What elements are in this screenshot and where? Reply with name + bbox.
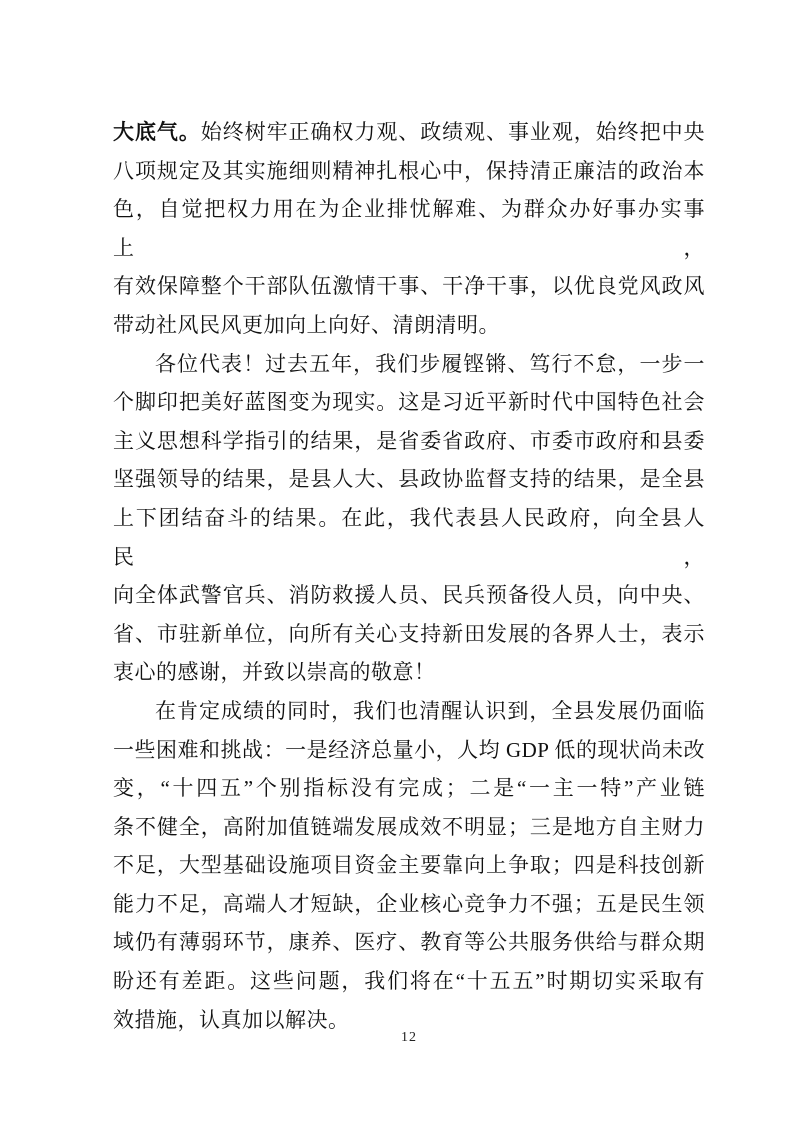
page-number: 12 xyxy=(113,1028,705,1048)
text-line: 域仍有薄弱环节，康养、医疗、教育等公共服务供给与群众期 xyxy=(113,923,705,962)
text-line: 能力不足，高端人才短缺，企业核心竞争力不强；五是民生领 xyxy=(113,885,705,924)
text-line: 向全体武警官兵、消防救援人员、民兵预备役人员，向中央、 xyxy=(113,576,705,615)
text-line: 省、市驻新单位，向所有关心支持新田发展的各界人士，表示 xyxy=(113,615,705,654)
text-line: 个脚印把美好蓝图变为现实。这是习近平新时代中国特色社会 xyxy=(113,383,705,422)
text-line: 衷心的感谢，并致以崇高的敬意！ xyxy=(113,653,705,692)
paragraph-bold-lead: 大底气。 xyxy=(113,120,201,144)
text-line: 坚强领导的结果，是县人大、县政协监督支持的结果，是全县 xyxy=(113,460,705,499)
text-line: 条不健全，高附加值链端发展成效不明显；三是地方自主财力 xyxy=(113,808,705,847)
text-line: 不足，大型基础设施项目资金主要靠向上争取；四是科技创新 xyxy=(113,846,705,885)
text-line: 有效保障整个干部队伍激情干事、干净干事，以优良党风政风 xyxy=(113,267,705,306)
text-line: 色，自觉把权力用在为企业排忧解难、为群众办好事办实事上， xyxy=(113,190,705,267)
text-line: 上下团结奋斗的结果。在此，我代表县人民政府，向全县人民， xyxy=(113,499,705,576)
document-body: 大底气。始终树牢正确权力观、政绩观、事业观，始终把中央八项规定及其实施细则精神扎… xyxy=(113,113,705,1039)
text-line: 一些困难和挑战：一是经济总量小，人均 GDP 低的现状尚未改 xyxy=(113,731,705,770)
document-page: 大底气。始终树牢正确权力观、政绩观、事业观，始终把中央八项规定及其实施细则精神扎… xyxy=(0,0,793,1122)
text-line: 八项规定及其实施细则精神扎根心中，保持清正廉洁的政治本 xyxy=(113,152,705,191)
text-line: 带动社风民风更加向上向好、清朗清明。 xyxy=(113,306,705,345)
text-line: 大底气。始终树牢正确权力观、政绩观、事业观，始终把中央 xyxy=(113,113,705,152)
text-line: 盼还有差距。这些问题，我们将在“十五五”时期切实采取有 xyxy=(113,962,705,1001)
text-line: 变，“十四五”个别指标没有完成；二是“一主一特”产业链 xyxy=(113,769,705,808)
text-line: 各位代表！过去五年，我们步履铿锵、笃行不怠，一步一 xyxy=(113,345,705,384)
text-line: 在肯定成绩的同时，我们也清醒认识到，全县发展仍面临 xyxy=(113,692,705,731)
text-line: 主义思想科学指引的结果，是省委省政府、市委市政府和县委 xyxy=(113,422,705,461)
